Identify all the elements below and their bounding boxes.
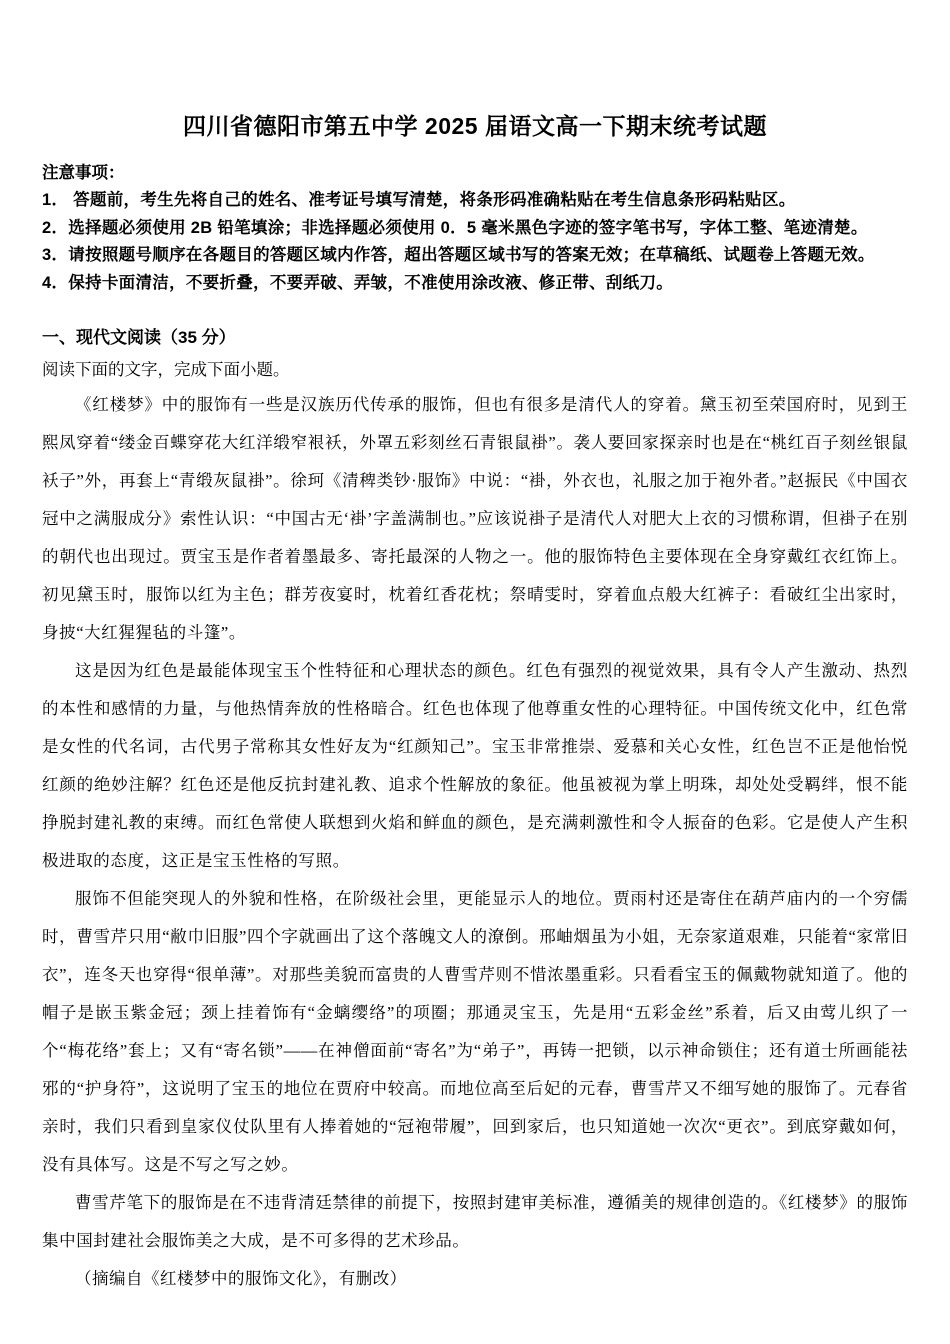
- passage-paragraph-1: 《红楼梦》中的服饰有一些是汉族历代传承的服饰，但也有很多是清代人的穿着。黛玉初至…: [42, 386, 908, 652]
- passage-paragraph-2: 这是因为红色是最能体现宝玉个性特征和心理状态的颜色。红色有强烈的视觉效果，具有令…: [42, 652, 908, 880]
- exam-paper-page: 四川省德阳市第五中学 2025 届语文高一下期末统考试题 注意事项： 1． 答题…: [0, 0, 950, 1344]
- notice-item-3: 3．请按照题号顺序在各题目的答题区域内作答，超出答题区域书写的答案无效；在草稿纸…: [42, 242, 908, 270]
- notice-item-1: 1． 答题前，考生先将自己的姓名、准考证号填写清楚，将条形码准确粘贴在考生信息条…: [42, 187, 908, 215]
- page-title: 四川省德阳市第五中学 2025 届语文高一下期末统考试题: [42, 108, 908, 141]
- notice-item-4: 4．保持卡面清洁，不要折叠，不要弄破、弄皱，不准使用涂改液、修正带、刮纸刀。: [42, 270, 908, 298]
- notice-item-2: 2．选择题必须使用 2B 铅笔填涂；非选择题必须使用 0．5 毫米黑色字迹的签字…: [42, 215, 908, 243]
- passage-paragraph-3: 服饰不但能突现人的外貌和性格，在阶级社会里，更能显示人的地位。贾雨村还是寄住在葫…: [42, 880, 908, 1184]
- section-heading-modern-text-reading: 一、现代文阅读（35 分）: [42, 323, 908, 348]
- reading-intro: 阅读下面的文字，完成下面小题。: [42, 356, 908, 380]
- passage-paragraph-4: 曹雪芹笔下的服饰是在不违背清廷禁律的前提下，按照封建审美标准，遵循美的规律创造的…: [42, 1184, 908, 1260]
- passage-source: （摘编自《红楼梦中的服饰文化》，有删改）: [42, 1260, 908, 1298]
- notice-heading: 注意事项：: [42, 159, 908, 183]
- reading-passage: 《红楼梦》中的服饰有一些是汉族历代传承的服饰，但也有很多是清代人的穿着。黛玉初至…: [42, 386, 908, 1298]
- notice-list: 1． 答题前，考生先将自己的姓名、准考证号填写清楚，将条形码准确粘贴在考生信息条…: [42, 187, 908, 297]
- notice-section: 注意事项： 1． 答题前，考生先将自己的姓名、准考证号填写清楚，将条形码准确粘贴…: [42, 159, 908, 297]
